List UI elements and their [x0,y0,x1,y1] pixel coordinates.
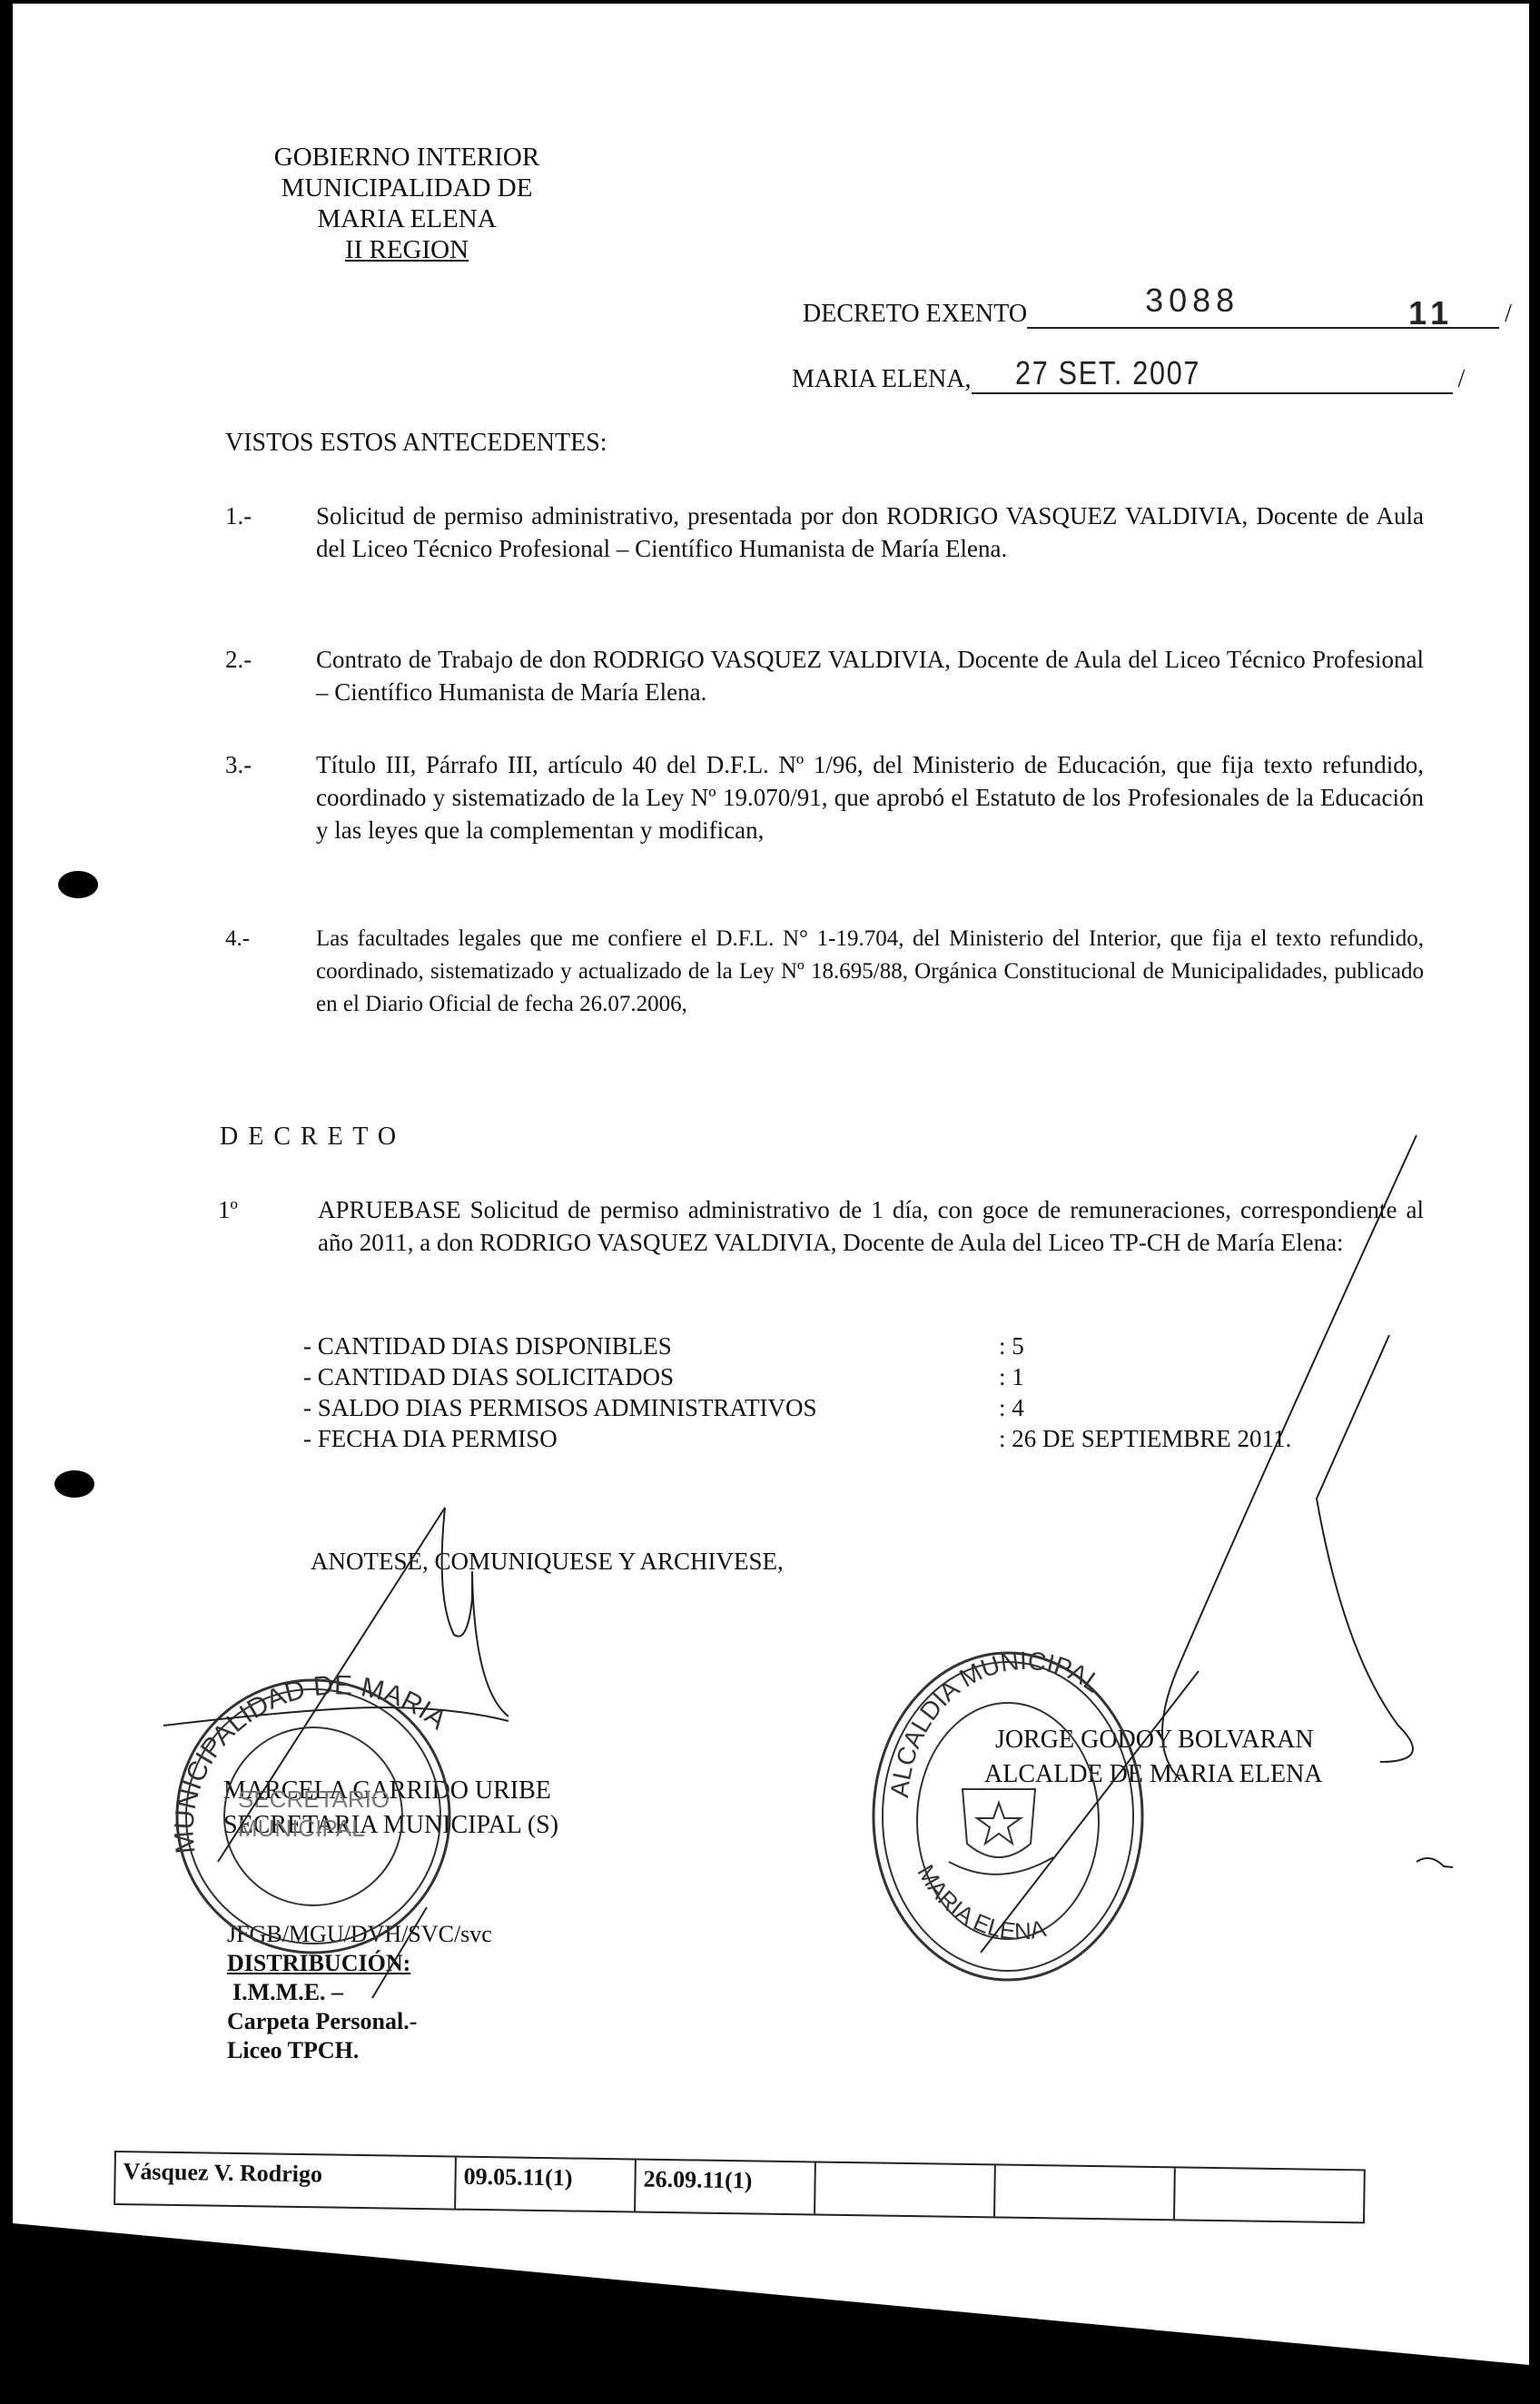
signature-block-left: MARCELA GARRIDO URIBE SECRETARIA MUNICIP… [223,1776,558,1840]
ledger-cell-empty-1 [815,2162,996,2216]
antecedent-item-3: 3.- Título III, Párrafo III, artículo 40… [225,748,1424,881]
decree-number-line: DECRETO EXENTO308811/ [803,294,1512,329]
antecedents-title: VISTOS ESTOS ANTECEDENTES: [225,429,607,458]
item-text: APRUEBASE Solicitud de permiso administr… [318,1193,1424,1259]
antecedent-item-1: 1.- Solicitud de permiso administrativo,… [225,500,1424,599]
ledger-cell-name: Vásquez V. Rodrigo [115,2152,457,2209]
item-text: Solicitud de permiso administrativo, pre… [316,500,1424,565]
distribution-item-3: Liceo TPCH. [227,2036,492,2065]
ledger-cell-date-2: 26.09.11(1) [636,2161,816,2214]
header-line-3: MARIA ELENA [225,203,588,234]
item-number: 2.- [225,643,252,676]
item-text: Título III, Párrafo III, artículo 40 del… [316,748,1424,846]
ledger-cell-empty-3 [1175,2168,1364,2221]
permission-details: - CANTIDAD DIAS DISPONIBLES : 5 - CANTID… [303,1331,1447,1468]
item-number: 1º [218,1193,238,1226]
resolution-title: D E C R E T O [220,1123,398,1152]
decree-label: DECRETO EXENTO [803,300,1027,328]
signer-title-left: SECRETARIA MUNICIPAL (S) [223,1811,558,1840]
issuer-header: GOBIERNO INTERIOR MUNICIPALIDAD DE MARIA… [225,142,588,265]
decree-number-field: 308811 [1027,294,1499,329]
antecedent-item-4: 4.- Las facultades legales que me confie… [225,923,1424,1055]
ledger-cell-empty-2 [995,2165,1176,2219]
signature-block-right: JORGE GODOY BOLVARAN ALCALDE DE MARIA EL… [984,1726,1323,1789]
item-number: 3.- [225,748,252,781]
item-text: Las facultades legales que me confiere e… [316,923,1424,1021]
distribution-item-2: Carpeta Personal.- [227,2007,492,2036]
scanned-page: GOBIERNO INTERIOR MUNICIPALIDAD DE MARIA… [13,4,1529,2365]
header-line-4: II REGION [225,234,588,265]
detail-value-date: : 26 DE SEPTIEMBRE 2011. [999,1424,1291,1453]
detail-value-balance: : 4 [999,1393,1024,1422]
punch-hole-bottom [54,1470,94,1498]
closing-formula: ANOTESE, COMUNIQUESE Y ARCHIVESE, [311,1548,784,1576]
decree-date-line: MARIA ELENA,27 SET. 2007/ [792,360,1465,394]
detail-label-date: - FECHA DIA PERMISO [303,1424,558,1453]
decree-year-suffix: 11 [1408,294,1454,332]
antecedent-item-2: 2.- Contrato de Trabajo de don RODRIGO V… [225,643,1424,710]
header-line-2: MUNICIPALIDAD DE [225,173,588,203]
item-text: Contrato de Trabajo de don RODRIGO VASQU… [316,643,1424,708]
place-label: MARIA ELENA, [792,365,972,393]
signer-name-left: MARCELA GARRIDO URIBE [223,1776,558,1805]
date-field: 27 SET. 2007 [972,360,1453,394]
decree-number: 3088 [1145,282,1239,320]
detail-value-requested: : 1 [999,1362,1024,1391]
detail-value-available: : 5 [999,1331,1024,1360]
detail-label-requested: - CANTIDAD DIAS SOLICITADOS [303,1362,674,1391]
distribution-title: DISTRIBUCIÓN: [227,1949,492,1978]
signer-name-right: JORGE GODOY BOLVARAN [984,1726,1323,1755]
date-stamp: 27 SET. 2007 [1015,354,1200,392]
item-number: 1.- [225,500,252,532]
distribution-block: JFGB/MGU/DVH/SVC/svc DISTRIBUCIÓN: I.M.M… [227,1920,492,2065]
item-number: 4.- [225,923,250,955]
resolution-item-1: 1º APRUEBASE Solicitud de permiso admini… [218,1193,1424,1293]
detail-label-balance: - SALDO DIAS PERMISOS ADMINISTRATIVOS [303,1393,817,1422]
distribution-item-1: I.M.M.E. – [227,1978,492,2007]
ledger-cell-date-1: 09.05.11(1) [456,2158,637,2211]
reference-initials: JFGB/MGU/DVH/SVC/svc [227,1920,492,1949]
signer-title-right: ALCALDE DE MARIA ELENA [984,1760,1323,1789]
header-line-1: GOBIERNO INTERIOR [225,142,588,173]
punch-hole-top [58,871,98,898]
detail-label-available: - CANTIDAD DIAS DISPONIBLES [303,1331,672,1360]
